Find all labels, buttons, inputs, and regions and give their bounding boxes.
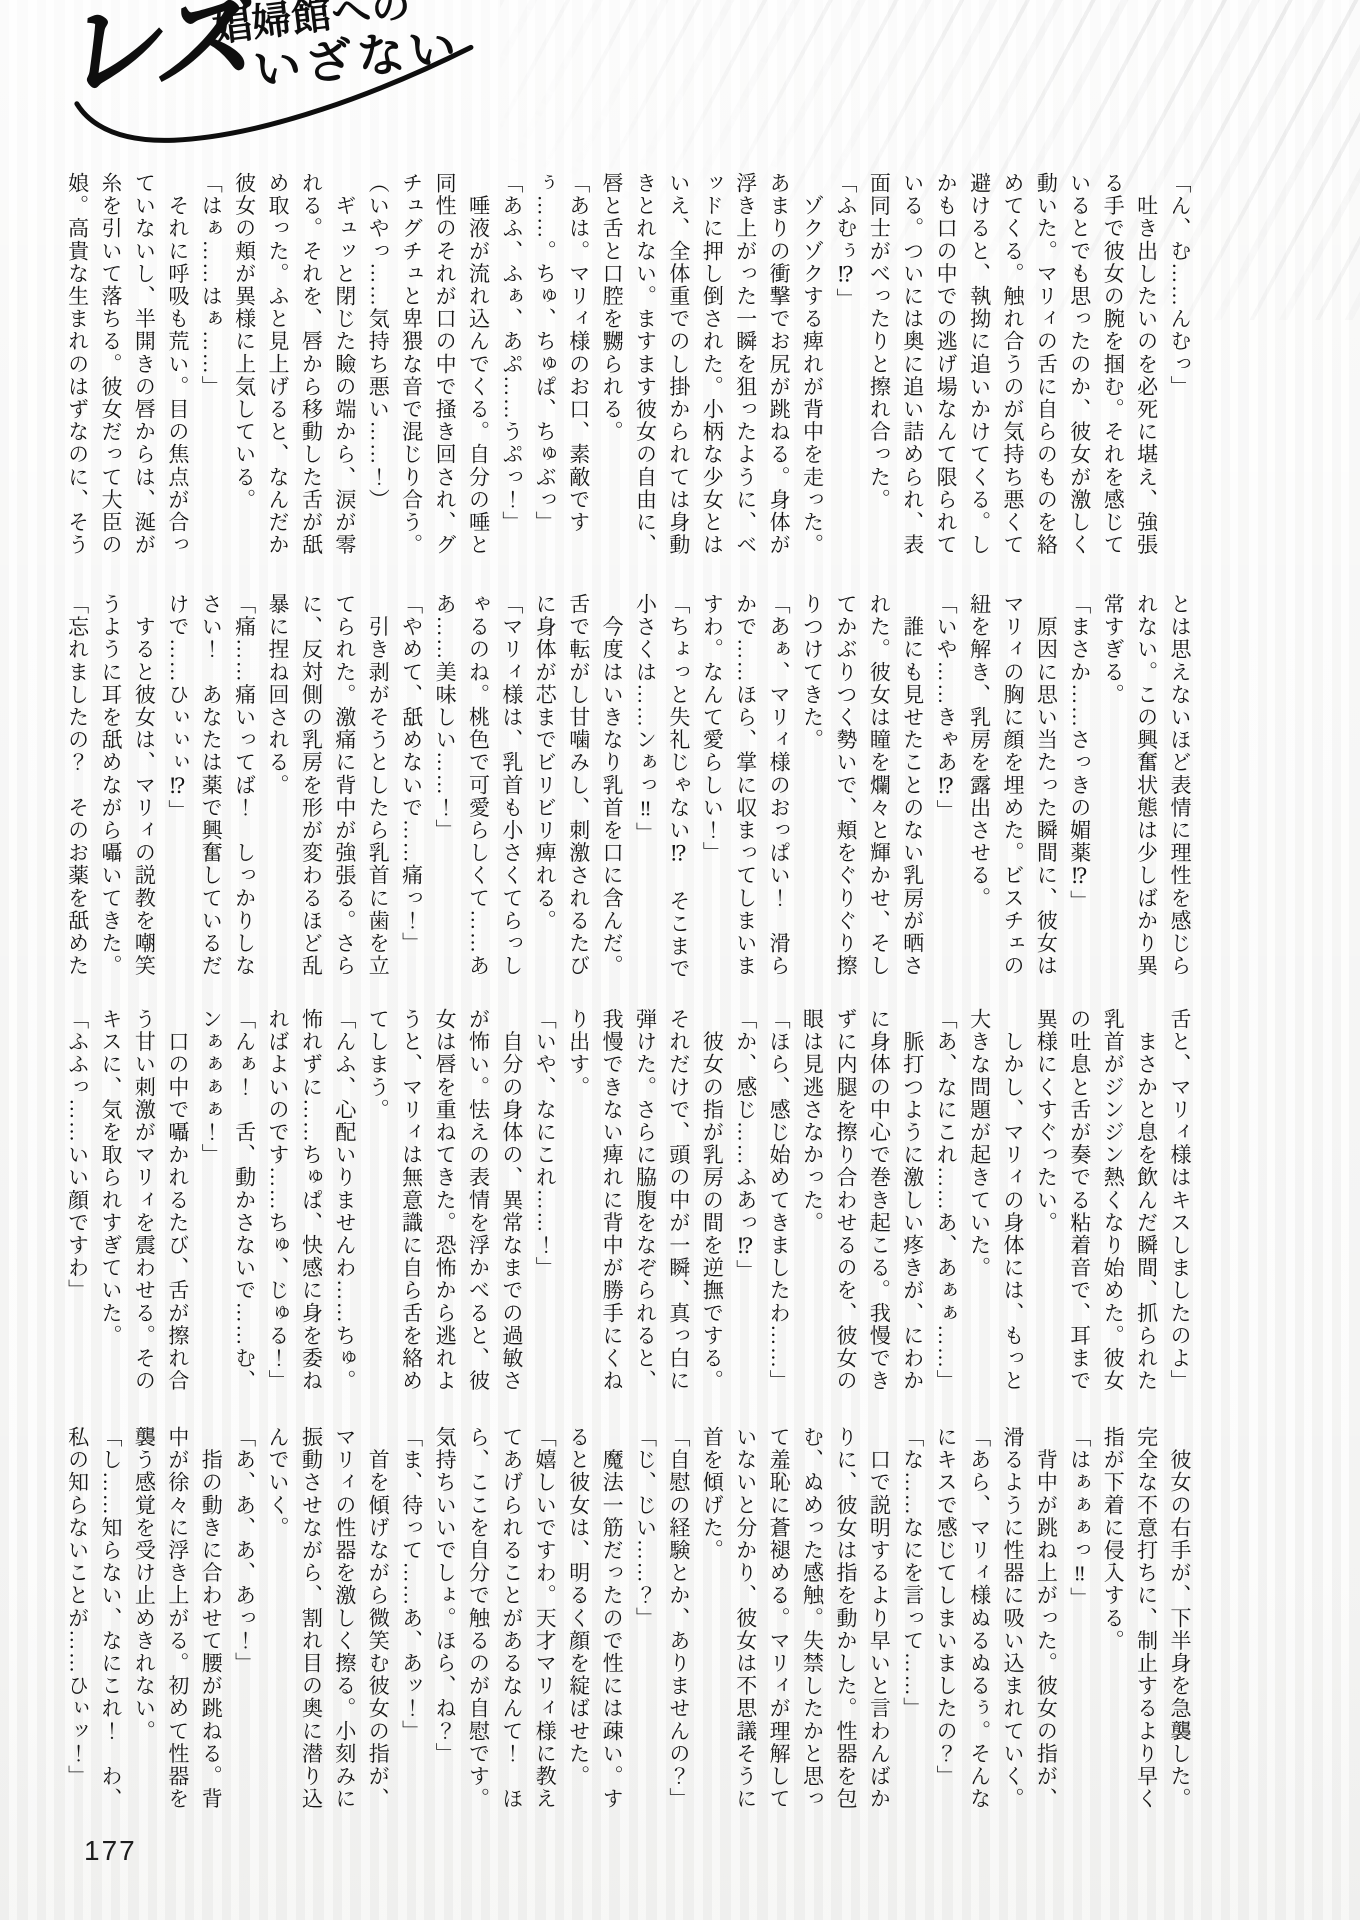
text-block-1: 「ん、む……んむっ」 吐き出したいのを必死に堪え、強張る手で彼女の腕を掴む。それ… [56, 172, 1196, 566]
book-page: { "logo": { "text_main": "レズ", "text_sub… [0, 0, 1360, 1920]
text-block-3: 舌と、マリィ様はキスしましたのよ」 まさかと息を飲んだ瞬間、抓られた乳首がジンジ… [56, 1008, 1196, 1402]
text-block-4: 彼女の右手が、下半身を急襲した。完全な不意打ちに、制止するより早く指が下着に侵入… [56, 1426, 1196, 1820]
text-block-2: とは思えないほど表情に理性を感じられない。この興奮状態は少しばかり異常すぎる。 … [56, 593, 1196, 987]
series-logo: レズ 娼婦館への いざない [52, 0, 466, 153]
page-number: 177 [84, 1835, 137, 1867]
